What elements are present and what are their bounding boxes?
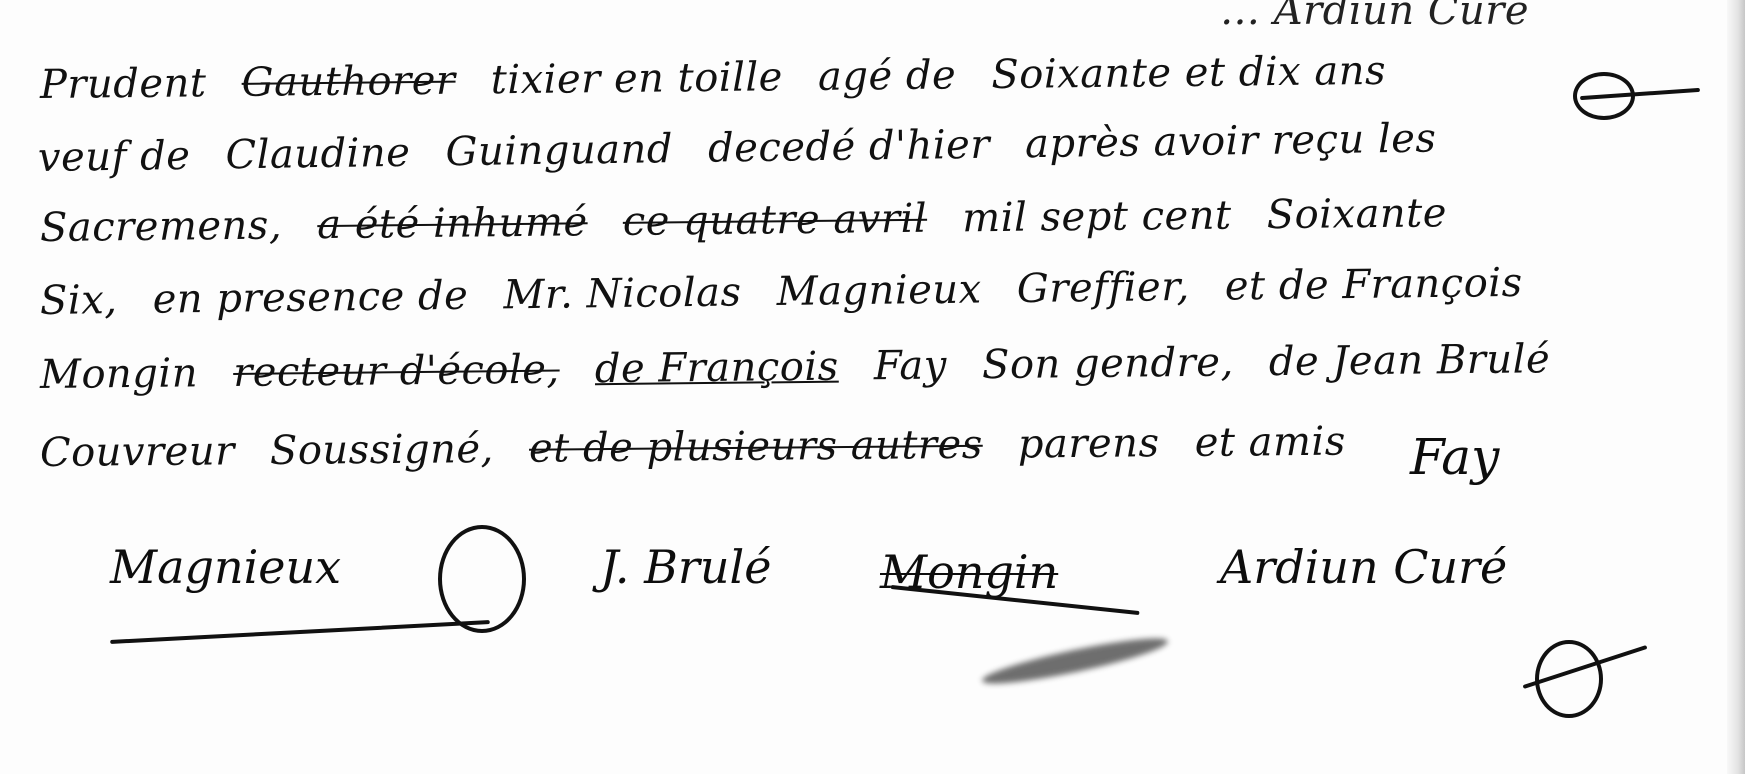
- word: agé de: [818, 52, 957, 99]
- signature-mongin: Mongin: [880, 545, 1058, 599]
- word: Fay: [874, 343, 947, 390]
- word: Son gendre,: [982, 340, 1234, 389]
- record-line-5: Mongin recteur d'école, de François Fay …: [40, 336, 1573, 398]
- record-line-2: veuf de Claudine Guinguand decedé d'hier…: [38, 115, 1459, 181]
- signature-underline-magnieux: [110, 620, 490, 644]
- word: tixier en toille: [491, 54, 784, 103]
- word: a été inhumé: [317, 199, 588, 248]
- word: Couvreur: [40, 428, 235, 476]
- word: recteur d'école,: [233, 347, 560, 396]
- signature-magnieux: Magnieux: [110, 540, 341, 594]
- word: et de François: [1225, 260, 1523, 310]
- word: et de plusieurs autres: [529, 422, 983, 472]
- word: et amis: [1195, 419, 1346, 466]
- record-line-1: Prudent Gauthorer tixier en toille agé d…: [40, 48, 1409, 108]
- signature-flourish-magnieux: [438, 525, 526, 633]
- word: Soixante: [1266, 190, 1447, 238]
- word: veuf de: [38, 133, 191, 181]
- signature-ardiun-cure: Ardiun Curé: [1220, 540, 1507, 594]
- word: après avoir reçu les: [1025, 115, 1437, 167]
- word: Guinguand: [445, 126, 673, 175]
- record-line-3: Sacremens, a été inhumé ce quatre avril …: [40, 190, 1469, 251]
- word: de François: [595, 344, 839, 393]
- word: Mongin: [40, 350, 198, 398]
- word: Mr. Nicolas: [503, 269, 742, 318]
- word: Prudent: [40, 60, 207, 108]
- record-line-4: Six, en presence de Mr. Nicolas Magnieux…: [40, 260, 1545, 324]
- word: en presence de: [152, 273, 468, 323]
- previous-record-fragment: … Ardiun Curé: [1220, 0, 1551, 34]
- word: Six,: [40, 277, 118, 324]
- word: Gauthorer: [241, 58, 455, 106]
- word: decedé d'hier: [708, 122, 990, 172]
- word: Claudine: [225, 130, 410, 179]
- word: Soussigné,: [270, 426, 494, 474]
- signature-fay: Fay: [1410, 428, 1499, 486]
- word: Greffier,: [1017, 264, 1190, 312]
- ink-smudge: [980, 630, 1170, 691]
- record-line-6: Couvreur Soussigné, et de plusieurs autr…: [40, 418, 1368, 476]
- word: Sacremens,: [40, 202, 283, 251]
- word: de Jean Brulé: [1269, 336, 1551, 385]
- word: parens: [1018, 420, 1160, 467]
- word: mil sept cent: [962, 193, 1232, 242]
- page-edge-shadow: [1727, 0, 1745, 774]
- signature-brule: J. Brulé: [600, 540, 771, 594]
- word: ce quatre avril: [623, 196, 928, 245]
- word: Magnieux: [776, 266, 982, 315]
- document-page: … Ardiun Curé Prudent Gauthorer tixier e…: [0, 0, 1745, 774]
- previous-signature-text: … Ardiun Curé: [1220, 0, 1529, 34]
- word: Soixante et dix ans: [991, 48, 1386, 98]
